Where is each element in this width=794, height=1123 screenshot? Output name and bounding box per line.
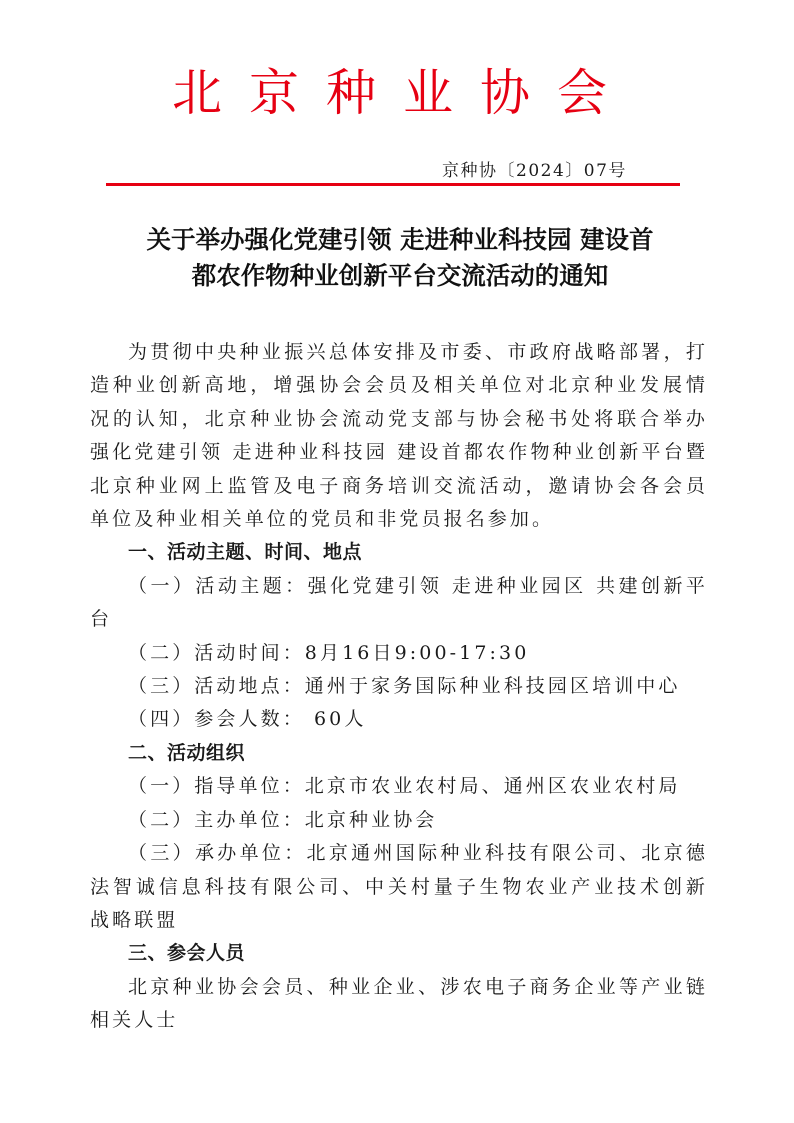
title-line-1: 关于举办强化党建引领 走进种业科技园 建设首	[88, 222, 712, 258]
section-1-item-2: （二）活动时间：8月16日9:00-17:30	[90, 637, 708, 670]
document-body: 为贯彻中央种业振兴总体安排及市委、市政府战略部署，打造种业创新高地，增强协会会员…	[90, 336, 708, 1038]
red-divider-line	[106, 183, 680, 186]
section-3-item-1: 北京种业协会会员、种业企业、涉农电子商务企业等产业链相关人士	[90, 971, 708, 1038]
document-title: 关于举办强化党建引领 走进种业科技园 建设首 都农作物种业创新平台交流活动的通知	[88, 222, 712, 294]
section-heading-3: 三、参会人员	[90, 937, 708, 970]
section-heading-1: 一、活动主题、时间、地点	[90, 536, 708, 569]
organization-masthead: 北京种业协会	[0, 58, 794, 128]
title-line-2: 都农作物种业创新平台交流活动的通知	[88, 258, 712, 294]
section-2-item-1: （一）指导单位：北京市农业农村局、通州区农业农村局	[90, 770, 708, 803]
section-1-item-3: （三）活动地点：通州于家务国际种业科技园区培训中心	[90, 670, 708, 703]
section-1-item-1: （一）活动主题：强化党建引领 走进种业园区 共建创新平台	[90, 570, 708, 637]
section-2-item-3: （三）承办单位：北京通州国际种业科技有限公司、北京德法智诚信息科技有限公司、中关…	[90, 837, 708, 937]
section-1-item-4: （四）参会人数： 60人	[90, 703, 708, 736]
intro-paragraph: 为贯彻中央种业振兴总体安排及市委、市政府战略部署，打造种业创新高地，增强协会会员…	[90, 336, 708, 536]
section-heading-2: 二、活动组织	[90, 737, 708, 770]
document-number: 京种协〔2024〕07号	[442, 160, 627, 182]
section-2-item-2: （二）主办单位：北京种业协会	[90, 804, 708, 837]
